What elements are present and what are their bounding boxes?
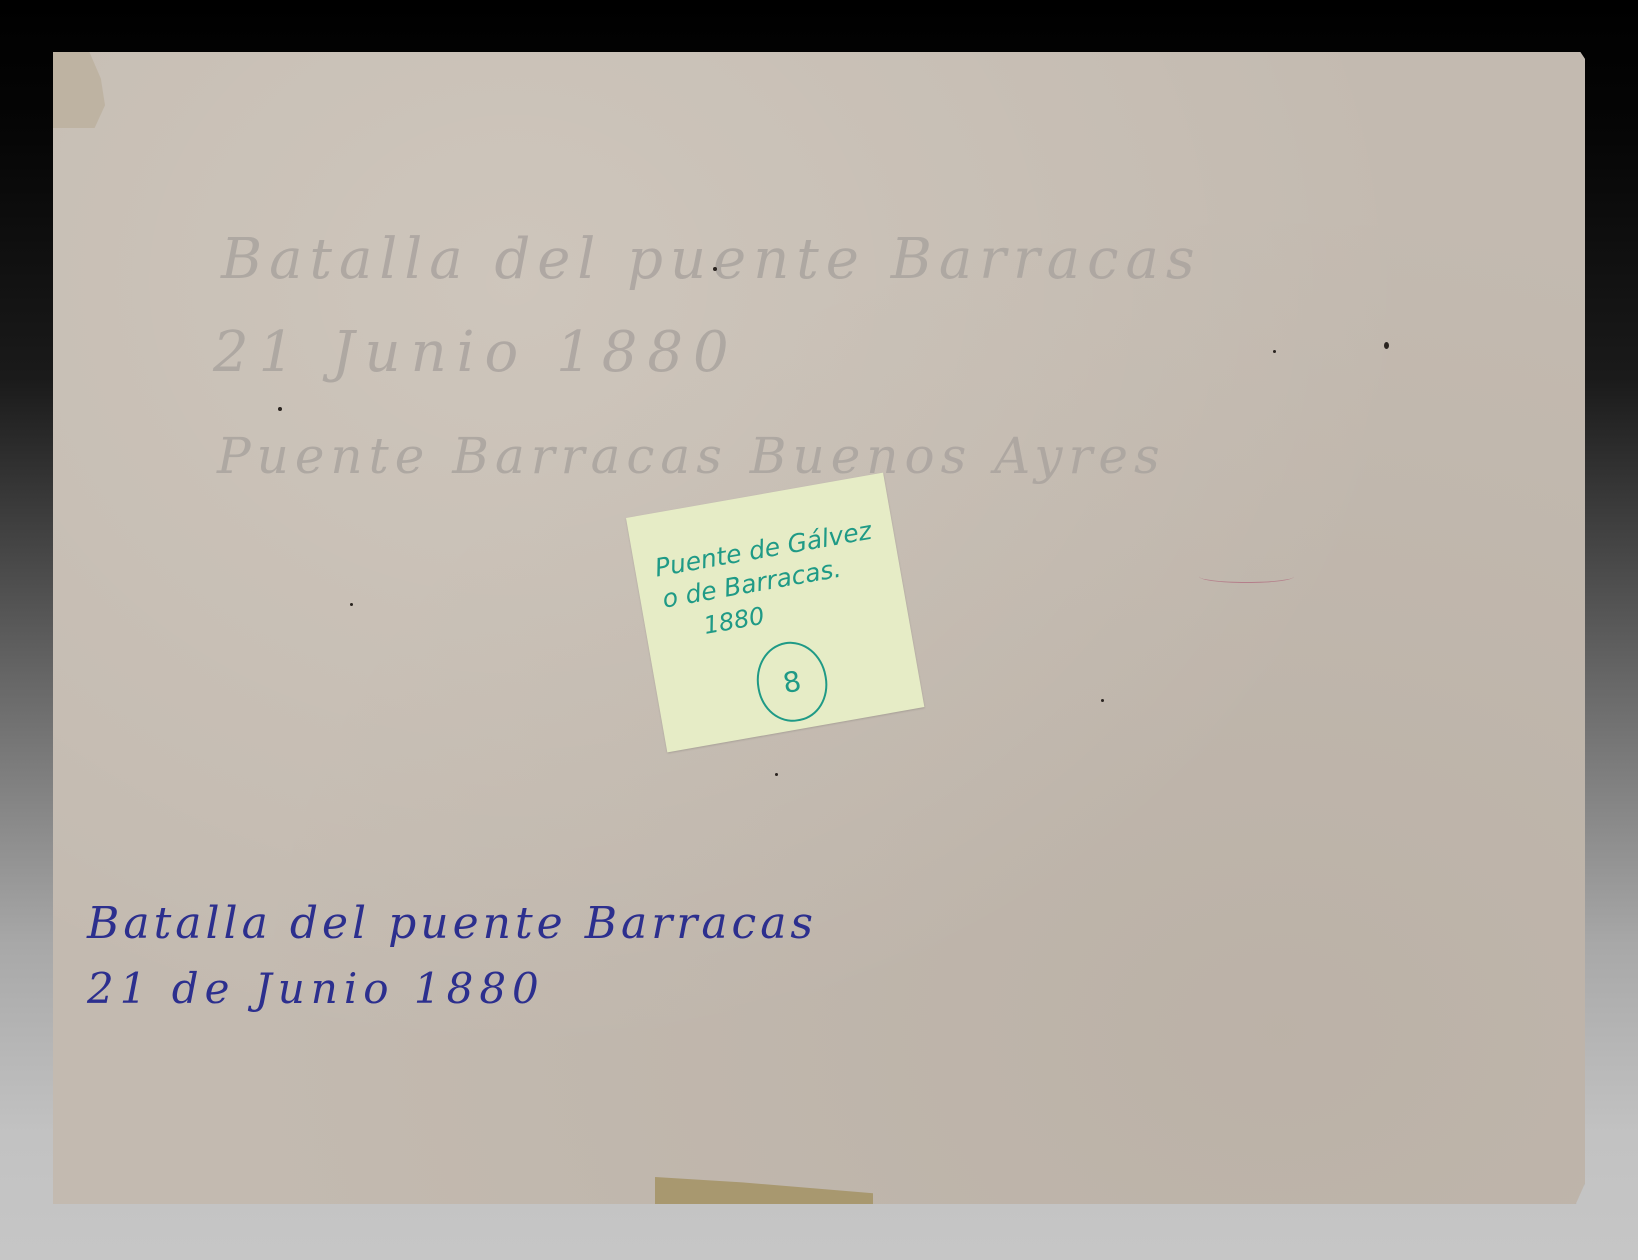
speck — [1384, 342, 1389, 349]
ink-inscription-date: 21 de Junio 1880 — [87, 964, 545, 1013]
pencil-inscription-date: 21 Junio 1880 — [213, 320, 739, 385]
sticky-note: Puente de Gálvez o de Barracas. 1880 8 — [626, 473, 924, 753]
pencil-inscription-location: Puente Barracas Buenos Ayres — [217, 427, 1166, 485]
circled-number: 8 — [751, 636, 834, 727]
circled-number-value: 8 — [780, 664, 803, 700]
speck — [775, 773, 778, 776]
speck — [278, 407, 282, 411]
speck — [1101, 699, 1104, 702]
red-pencil-mark — [1199, 570, 1294, 583]
speck — [713, 267, 717, 271]
paper-sheet: Batalla del puente Barracas 21 Junio 188… — [53, 52, 1585, 1204]
ink-inscription-title: Batalla del puente Barracas — [87, 898, 817, 949]
bottom-tape — [655, 1177, 873, 1204]
speck — [1273, 350, 1276, 353]
corner-tape — [53, 52, 105, 128]
speck — [350, 603, 353, 606]
sticky-note-year: 1880 — [702, 602, 767, 640]
pencil-inscription-title: Batalla del puente Barracas — [221, 227, 1202, 292]
